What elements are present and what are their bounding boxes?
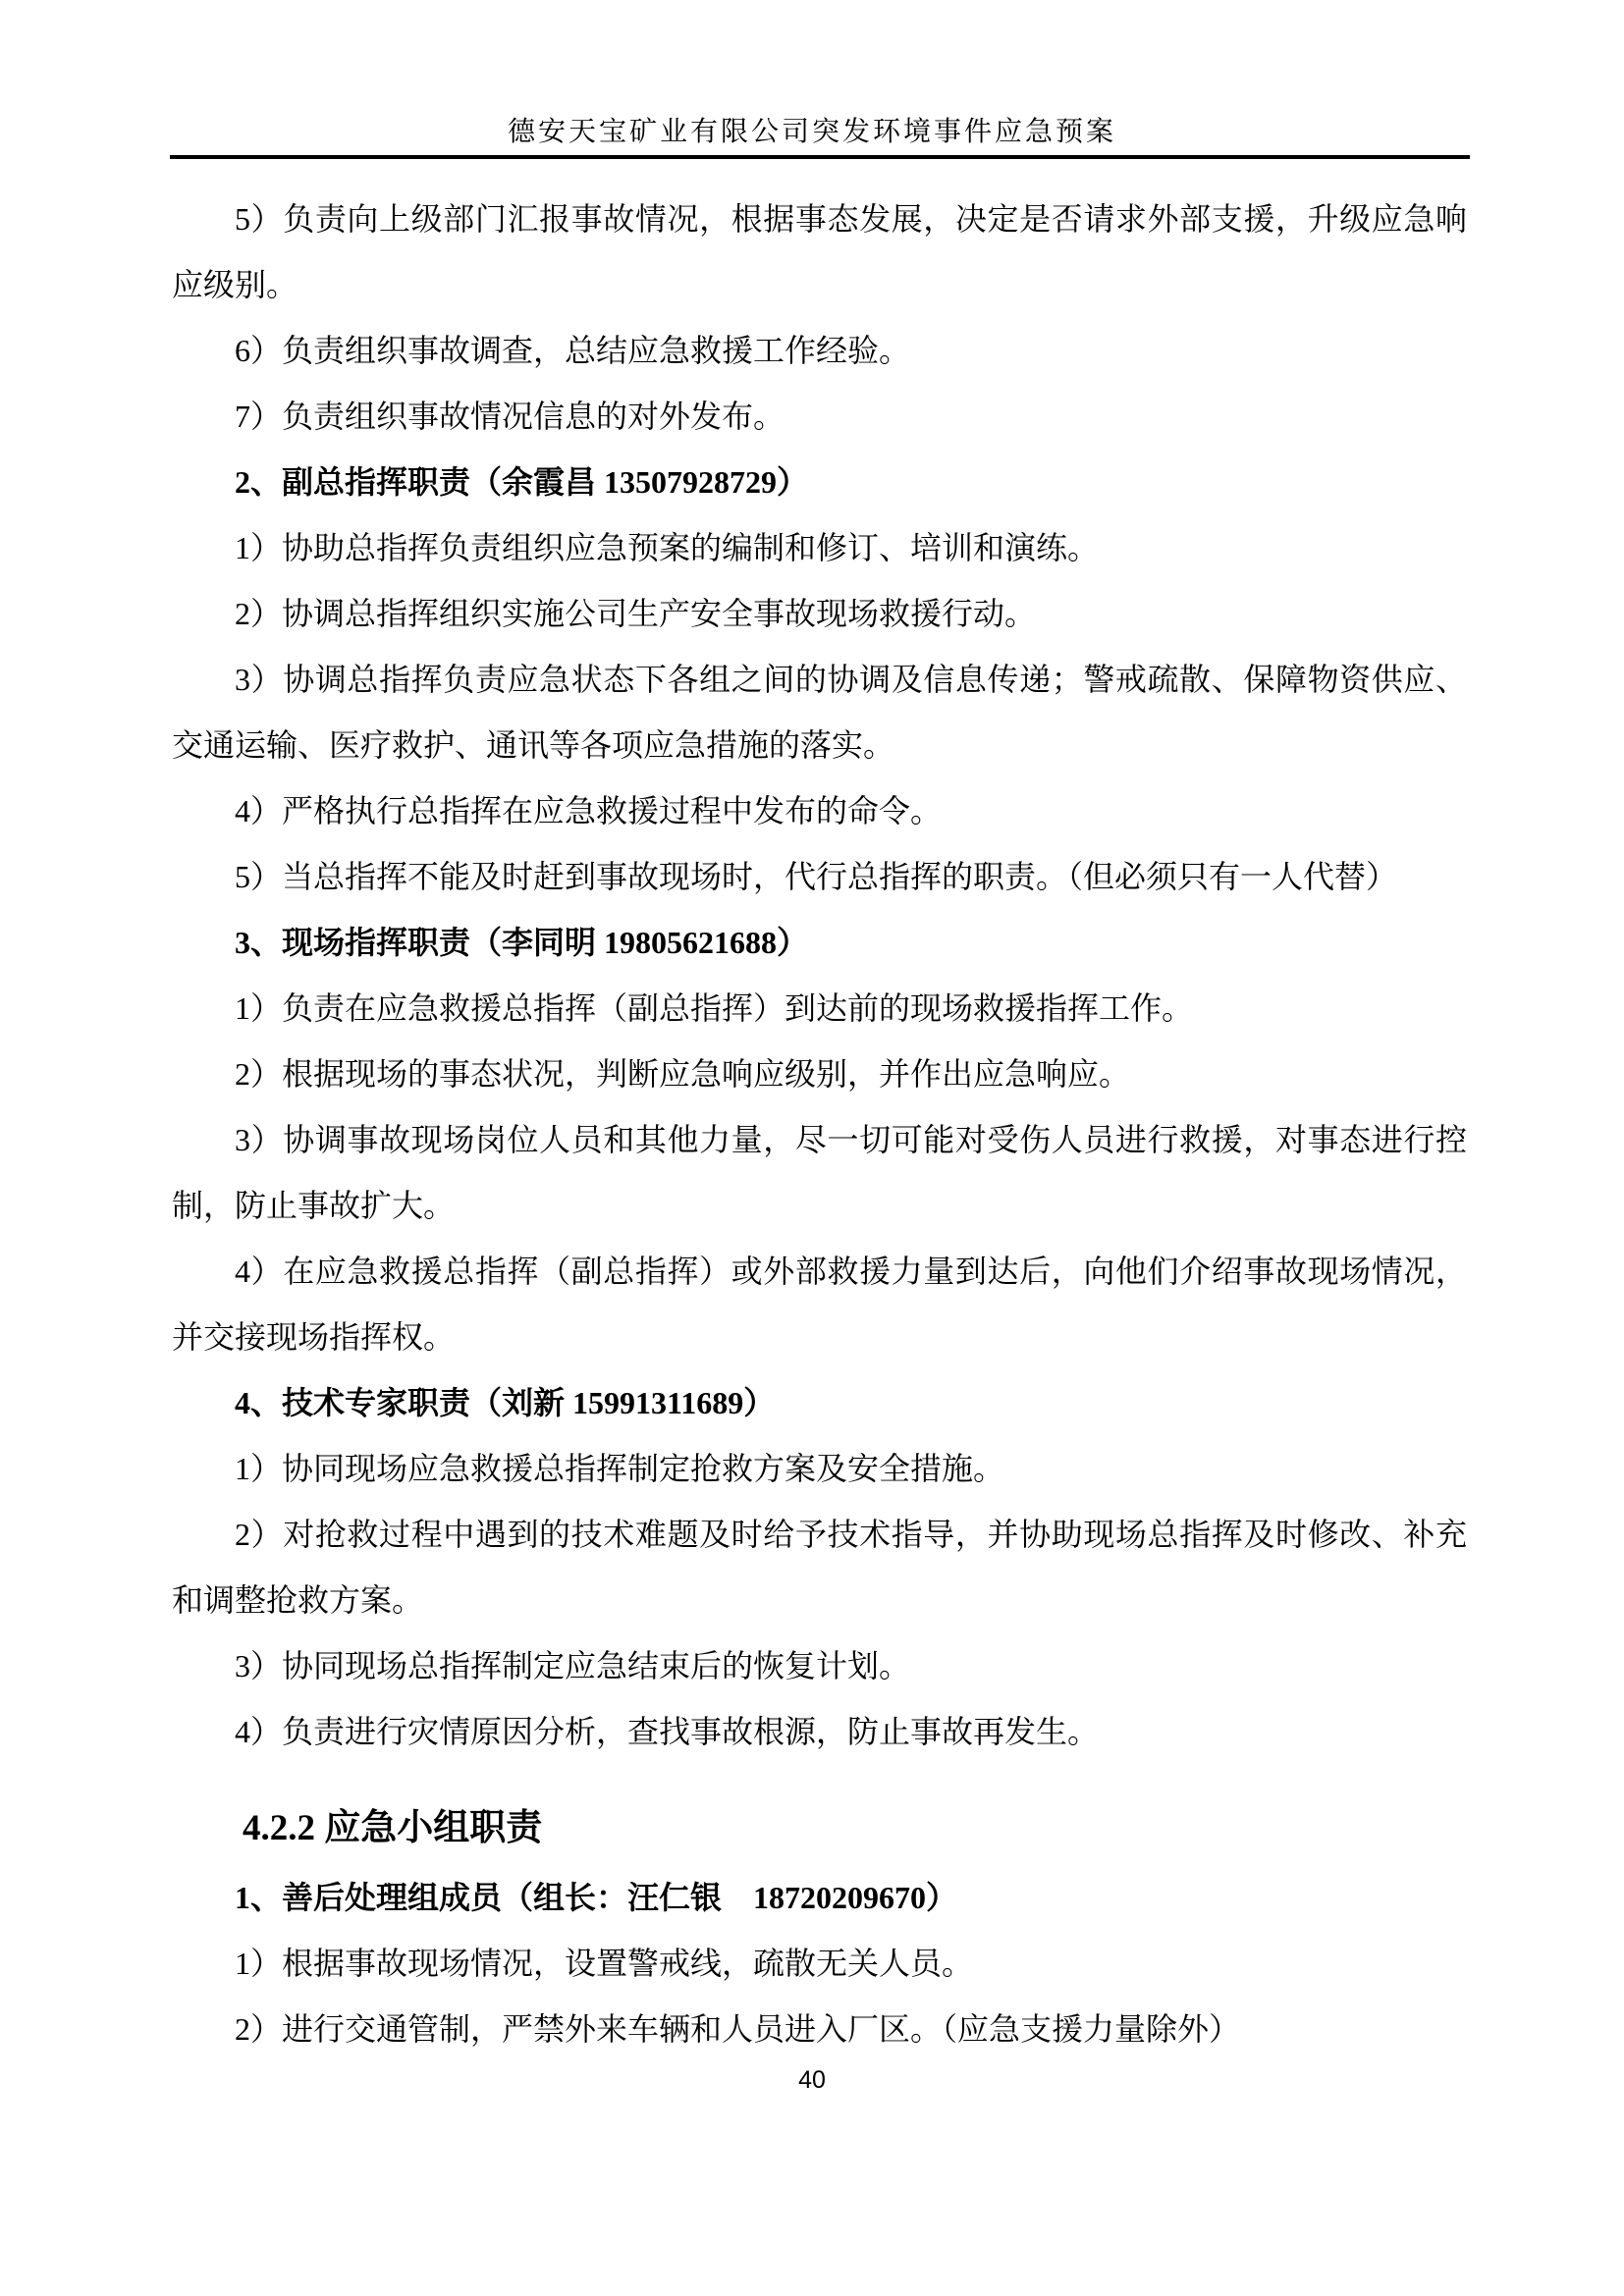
paragraph-recovery-plan: 3）协同现场总指挥制定应急结束后的恢复计划。 — [172, 1633, 1467, 1699]
document-page: 德安天宝矿业有限公司突发环境事件应急预案 5）负责向上级部门汇报事故情况，根据事… — [0, 0, 1624, 2296]
paragraph-judge-response-level: 2）根据现场的事态状况，判断应急响应级别，并作出应急响应。 — [172, 1041, 1467, 1107]
heading-site-commander-duties: 3、现场指挥职责（李同明 19805621688） — [172, 910, 1467, 976]
paragraph-act-on-behalf: 5）当总指挥不能及时赶到事故现场时，代行总指挥的职责。（但必须只有一人代替） — [172, 844, 1467, 910]
header-divider-rule — [170, 155, 1470, 159]
heading-technical-expert-duties: 4、技术专家职责（刘新 15991311689） — [172, 1370, 1467, 1436]
paragraph-traffic-control: 2）进行交通管制，严禁外来车辆和人员进入厂区。（应急支援力量除外） — [172, 1997, 1467, 2062]
paragraph-assist-plan-compilation: 1）协助总指挥负责组织应急预案的编制和修订、培训和演练。 — [172, 515, 1467, 581]
document-header-title: 德安天宝矿业有限公司突发环境事件应急预案 — [0, 110, 1624, 149]
paragraph-disaster-cause-analysis: 4）负责进行灾情原因分析，查找事故根源，防止事故再发生。 — [172, 1699, 1467, 1765]
section-heading-emergency-team-duties: 4.2.2 应急小组职责 — [172, 1792, 1467, 1865]
paragraph-site-command-before-arrival: 1）负责在应急救援总指挥（副总指挥）到达前的现场救援指挥工作。 — [172, 976, 1467, 1041]
heading-deputy-chief-commander-duties: 2、副总指挥职责（余霞昌 13507928729） — [172, 450, 1467, 515]
paragraph-handover-command: 4）在应急救援总指挥（副总指挥）或外部救援力量到达后，向他们介绍事故现场情况，并… — [172, 1239, 1467, 1370]
paragraph-report-to-superiors: 5）负责向上级部门汇报事故情况，根据事态发展，决定是否请求外部支援，升级应急响应… — [172, 187, 1467, 318]
paragraph-coordinate-site-personnel: 3）协调事故现场岗位人员和其他力量，尽一切可能对受伤人员进行救援，对事态进行控制… — [172, 1107, 1467, 1239]
paragraph-make-rescue-plan: 1）协同现场应急救援总指挥制定抢救方案及安全措施。 — [172, 1436, 1467, 1502]
document-body: 5）负责向上级部门汇报事故情况，根据事态发展，决定是否请求外部支援，升级应急响应… — [172, 187, 1467, 2062]
paragraph-execute-orders: 4）严格执行总指挥在应急救援过程中发布的命令。 — [172, 778, 1467, 844]
heading-aftermath-group-members: 1、善后处理组成员（组长：汪仁银 18720209670） — [172, 1865, 1467, 1931]
paragraph-accident-investigation: 6）负责组织事故调查，总结应急救援工作经验。 — [172, 318, 1467, 384]
paragraph-set-cordon: 1）根据事故现场情况，设置警戒线，疏散无关人员。 — [172, 1931, 1467, 1997]
paragraph-coordinate-rescue-action: 2）协调总指挥组织实施公司生产安全事故现场救援行动。 — [172, 581, 1467, 647]
paragraph-coordinate-groups-info: 3）协调总指挥负责应急状态下各组之间的协调及信息传递；警戒疏散、保障物资供应、交… — [172, 647, 1467, 778]
page-number: 40 — [0, 2066, 1624, 2095]
paragraph-technical-guidance: 2）对抢救过程中遇到的技术难题及时给予技术指导，并协助现场总指挥及时修改、补充和… — [172, 1502, 1467, 1633]
paragraph-external-release: 7）负责组织事故情况信息的对外发布。 — [172, 384, 1467, 450]
